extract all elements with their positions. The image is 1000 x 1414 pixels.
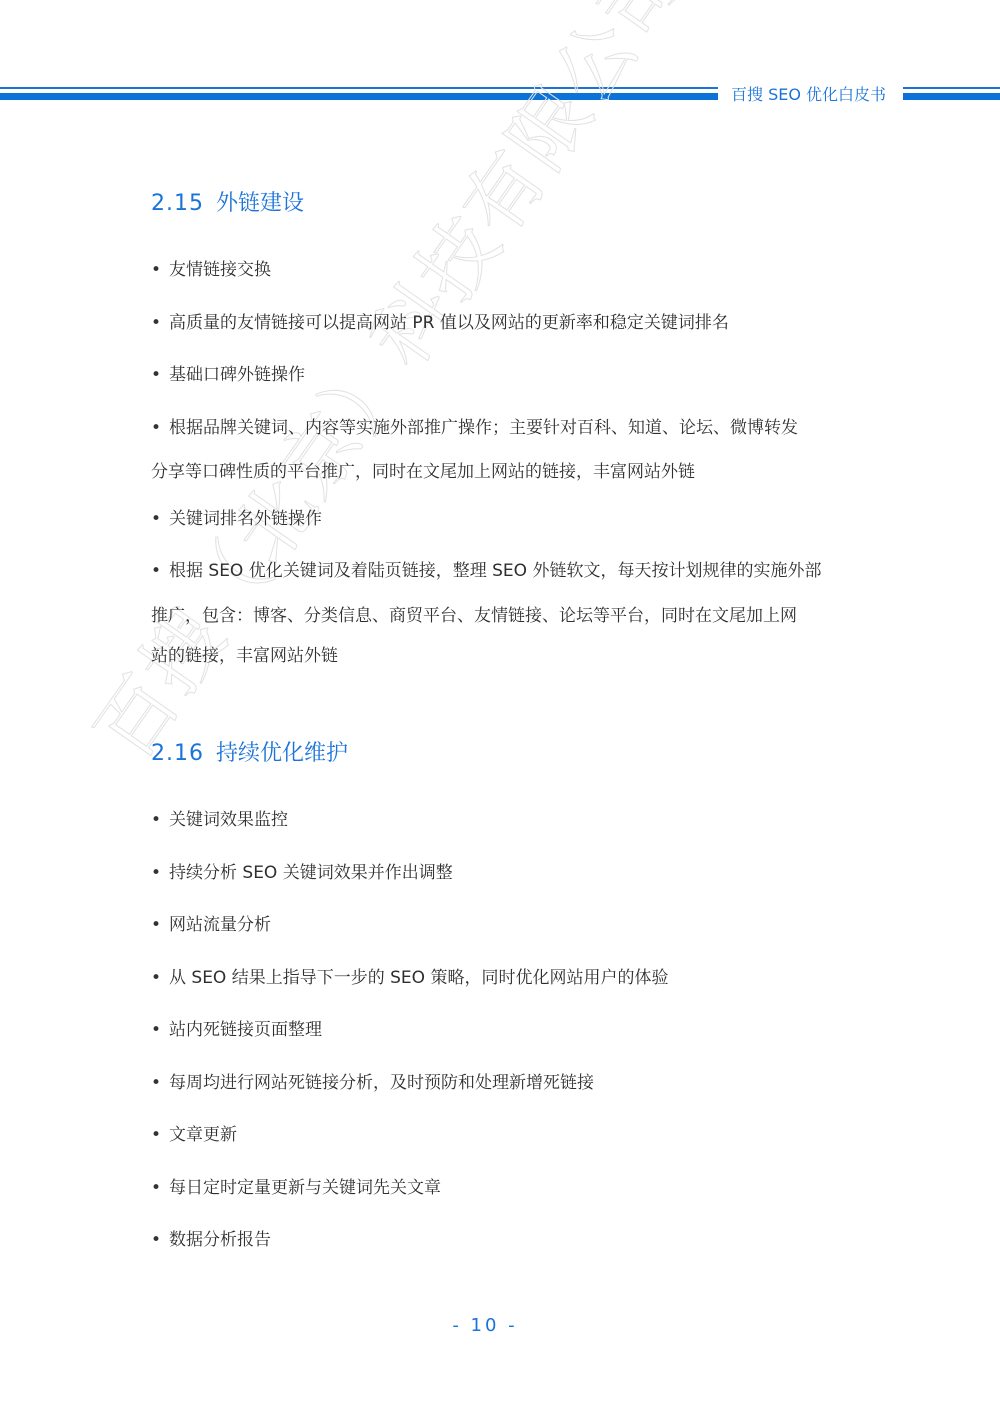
bullet-icon: • <box>151 313 169 333</box>
list-item: •数据分析报告 <box>151 1225 851 1250</box>
bullet-icon: • <box>151 1073 169 1093</box>
bullet-icon: • <box>151 915 169 935</box>
bullet-icon: • <box>151 1020 169 1040</box>
list-item-text: 站内死链接页面整理 <box>169 1020 322 1040</box>
bullet-icon: • <box>151 863 169 883</box>
list-item-text: 友情链接交换 <box>169 260 271 280</box>
list-item-text: 文章更新 <box>169 1125 237 1145</box>
header-rule-thick-right <box>903 93 1000 100</box>
list-item-text: 基础口碑外链操作 <box>169 365 305 385</box>
list-item-text: 从 SEO 结果上指导下一步的 SEO 策略，同时优化网站用户的体验 <box>169 968 668 988</box>
section-heading-2-15: 2.15外链建设 <box>151 186 304 217</box>
document-title: 百搜 SEO 优化白皮书 <box>731 82 891 105</box>
list-item: •友情链接交换 <box>151 255 851 280</box>
bullet-icon: • <box>151 810 169 830</box>
bullet-icon: • <box>151 968 169 988</box>
list-item: •每周均进行网站死链接分析，及时预防和处理新增死链接 <box>151 1068 851 1093</box>
bullet-icon: • <box>151 260 169 280</box>
list-item-text: 每周均进行网站死链接分析，及时预防和处理新增死链接 <box>169 1073 594 1093</box>
list-item-continuation: 分享等口碑性质的平台推广，同时在文尾加上网站的链接，丰富网站外链 <box>151 457 695 482</box>
list-item-text: 高质量的友情链接可以提高网站 PR 值以及网站的更新率和稳定关键词排名 <box>169 313 729 333</box>
page-number: - 10 - <box>0 1315 970 1336</box>
list-item: •从 SEO 结果上指导下一步的 SEO 策略，同时优化网站用户的体验 <box>151 963 851 988</box>
list-item-text: 持续分析 SEO 关键词效果并作出调整 <box>169 863 453 883</box>
list-item-continuation: 站的链接，丰富网站外链 <box>151 641 338 666</box>
list-item: •关键词排名外链操作 <box>151 504 851 529</box>
list-item-text: 网站流量分析 <box>169 915 271 935</box>
section-title: 持续优化维护 <box>216 741 348 766</box>
section-number: 2.16 <box>151 741 204 766</box>
bullet-icon: • <box>151 1230 169 1250</box>
header-rule-thin-right <box>903 87 1000 89</box>
list-item-text: 每日定时定量更新与关键词先关文章 <box>169 1178 441 1198</box>
bullet-icon: • <box>151 365 169 385</box>
list-item-text: 关键词效果监控 <box>169 810 288 830</box>
bullet-icon: • <box>151 509 169 529</box>
bullet-icon: • <box>151 1125 169 1145</box>
list-item: •站内死链接页面整理 <box>151 1015 851 1040</box>
list-item: •每日定时定量更新与关键词先关文章 <box>151 1173 851 1198</box>
list-item: •基础口碑外链操作 <box>151 360 851 385</box>
bullet-icon: • <box>151 418 169 438</box>
list-item-text: 根据 SEO 优化关键词及着陆页链接，整理 SEO 外链软文，每天按计划规律的实… <box>169 561 821 581</box>
list-item: •根据 SEO 优化关键词及着陆页链接，整理 SEO 外链软文，每天按计划规律的… <box>151 556 851 581</box>
list-item-text: 数据分析报告 <box>169 1230 271 1250</box>
header-rule-thick-left <box>0 93 718 100</box>
header-rule-thin-left <box>0 87 718 89</box>
section-heading-2-16: 2.16持续优化维护 <box>151 736 348 767</box>
bullet-icon: • <box>151 561 169 581</box>
page-header: 百搜 SEO 优化白皮书 <box>0 84 1000 104</box>
list-item: •高质量的友情链接可以提高网站 PR 值以及网站的更新率和稳定关键词排名 <box>151 308 851 333</box>
list-item-continuation: 推广，包含：博客、分类信息、商贸平台、友情链接、论坛等平台，同时在文尾加上网 <box>151 601 797 626</box>
list-item: •关键词效果监控 <box>151 805 851 830</box>
list-item: •持续分析 SEO 关键词效果并作出调整 <box>151 858 851 883</box>
bullet-icon: • <box>151 1178 169 1198</box>
list-item: •文章更新 <box>151 1120 851 1145</box>
list-item: •网站流量分析 <box>151 910 851 935</box>
section-number: 2.15 <box>151 191 204 216</box>
list-item-text: 根据品牌关键词、内容等实施外部推广操作；主要针对百科、知道、论坛、微博转发 <box>169 418 798 438</box>
list-item-text: 关键词排名外链操作 <box>169 509 322 529</box>
section-title: 外链建设 <box>216 191 304 216</box>
list-item: •根据品牌关键词、内容等实施外部推广操作；主要针对百科、知道、论坛、微博转发 <box>151 413 851 438</box>
